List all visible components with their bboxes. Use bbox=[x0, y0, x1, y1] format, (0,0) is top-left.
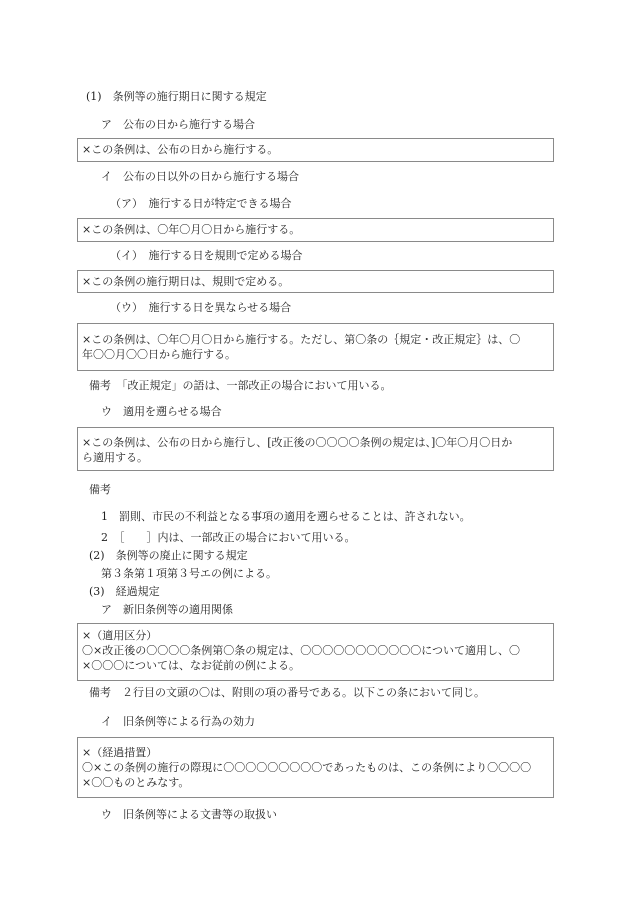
example-box-specific-date: ×この条例は、〇年〇月〇日から施行する。 bbox=[77, 218, 554, 242]
example-box-promulgation: ×この条例は、公布の日から施行する。 bbox=[77, 138, 554, 162]
note-item-1: 1 罰則、市民の不利益となる事項の適用を遡らせることは、許されない。 bbox=[101, 510, 471, 524]
section-1-a-heading: ア 公布の日から施行する場合 bbox=[101, 118, 255, 132]
example-box-retroactive: ×この条例は、公布の日から施行し、[改正後の〇〇〇〇条例の規定は、]〇年〇月〇日… bbox=[77, 427, 554, 471]
section-2-body: 第３条第１項第３号エの例による。 bbox=[101, 567, 277, 581]
section-2-heading: (2) 条例等の廃止に関する規定 bbox=[89, 549, 248, 563]
note-amendment: 備考 「改正規定」の語は、一部改正の場合において用いる。 bbox=[89, 379, 392, 393]
section-1-heading: (1) 条例等の施行期日に関する規定 bbox=[86, 90, 267, 104]
section-1-i-heading: イ 公布の日以外の日から施行する場合 bbox=[101, 170, 299, 184]
box-text: ×この条例は、公布の日から施行する。 bbox=[82, 142, 549, 157]
section-3-a-heading: ア 新旧条例等の適用関係 bbox=[101, 603, 233, 617]
box-text-line-2: 年〇〇月〇〇日から施行する。 bbox=[82, 347, 549, 362]
box-text-line-1: ×（経過措置） bbox=[82, 745, 549, 760]
box-text-line-2: 〇×この条例の施行の際現に〇〇〇〇〇〇〇〇〇であったものは、この条例により〇〇〇… bbox=[82, 760, 549, 775]
box-text: ×この条例の施行期日は、規則で定める。 bbox=[82, 274, 549, 289]
example-box-application: ×（適用区分） 〇×改正後の〇〇〇〇条例第〇条の規定は、〇〇〇〇〇〇〇〇〇〇〇に… bbox=[77, 623, 554, 681]
example-box-different-dates: ×この条例は、〇年〇月〇日から施行する。ただし、第〇条の｛規定・改正規定｝は、〇… bbox=[77, 323, 554, 371]
box-text-line-1: ×（適用区分） bbox=[82, 628, 549, 643]
example-box-rule-date: ×この条例の施行期日は、規則で定める。 bbox=[77, 270, 554, 293]
note-title: 備考 bbox=[89, 483, 111, 497]
box-text: ×この条例は、〇年〇月〇日から施行する。 bbox=[82, 222, 549, 237]
section-1-u-heading: ウ 適用を遡らせる場合 bbox=[101, 405, 222, 419]
box-text-line-1: ×この条例は、〇年〇月〇日から施行する。ただし、第〇条の｛規定・改正規定｝は、〇 bbox=[82, 332, 549, 347]
box-text-line-2: 〇×改正後の〇〇〇〇条例第〇条の規定は、〇〇〇〇〇〇〇〇〇〇〇について適用し、〇 bbox=[82, 643, 549, 658]
box-text-line-2: ら適用する。 bbox=[82, 450, 549, 465]
box-text-line-1: ×この条例は、公布の日から施行し、[改正後の〇〇〇〇条例の規定は、]〇年〇月〇日… bbox=[82, 435, 549, 450]
note-item-2: 2 ［ ］内は、一部改正の場合において用いる。 bbox=[101, 531, 356, 545]
section-3-i-heading: イ 旧条例等による行為の効力 bbox=[101, 715, 255, 729]
example-box-transitional: ×（経過措置） 〇×この条例の施行の際現に〇〇〇〇〇〇〇〇〇であったものは、この… bbox=[77, 737, 554, 798]
section-1-i-u-heading: （ウ） 施行する日を異ならせる場合 bbox=[110, 301, 291, 315]
box-text-line-3: ×〇〇ものとみなす。 bbox=[82, 775, 549, 790]
section-3-heading: (3) 経過規定 bbox=[89, 585, 160, 599]
section-1-i-a-heading: （ア） 施行する日が特定できる場合 bbox=[110, 197, 292, 211]
section-1-i-i-heading: （イ） 施行する日を規則で定める場合 bbox=[110, 249, 303, 263]
section-3-u-heading: ウ 旧条例等による文書等の取扱い bbox=[101, 808, 277, 822]
box-text-line-3: ×〇〇〇については、なお従前の例による。 bbox=[82, 658, 549, 673]
note-paragraph-number: 備考 ２行目の文頭の〇は、附則の項の番号である。以下この条において同じ。 bbox=[89, 686, 485, 700]
